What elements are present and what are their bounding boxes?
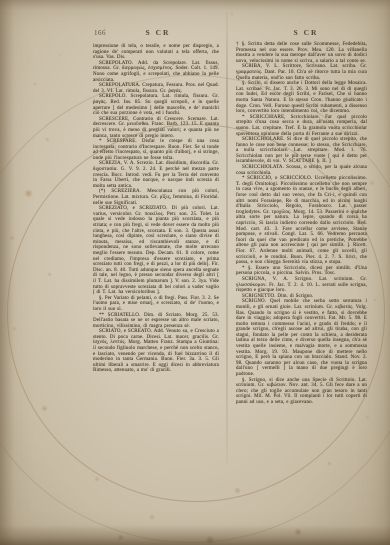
dictionary-entry: §. Scribi, si dissero anche i Dottori de… bbox=[236, 81, 367, 115]
dictionary-entry: (*) SCREZIERA. Mescolanza con più colori… bbox=[93, 189, 219, 206]
foxing-stain bbox=[47, 272, 52, 277]
dictionary-entry: * SCRICCIO, o SCRICCIOLO. Uccelletto pic… bbox=[236, 176, 367, 266]
dictionary-entry: * SCRESPARE. Disfar le crespe di una cos… bbox=[93, 139, 219, 161]
dictionary-entry: SCREPOLO. Screpolatura. Lat. rimula, fis… bbox=[93, 94, 219, 116]
dictionary-entry: SCREPOLATURA. Crepatura, Fessura. Pros. … bbox=[93, 83, 219, 94]
dictionary-entry: §. Scrigno, si dice anche una Specie di … bbox=[236, 378, 367, 406]
foxing-stain bbox=[24, 189, 33, 198]
foxing-stain bbox=[45, 137, 50, 142]
foxing-stain bbox=[327, 461, 332, 466]
dictionary-entry: impressione di tela, o tessile, e nome p… bbox=[93, 44, 219, 61]
dictionary-entry: SCRESCERE, Contrario di Crescere. Scemar… bbox=[93, 117, 219, 139]
foxing-stain bbox=[373, 298, 377, 302]
foxing-stain bbox=[33, 82, 37, 86]
foxing-stain bbox=[299, 21, 302, 24]
foxing-stain bbox=[41, 405, 48, 412]
dictionary-entry: † §. Scritta detta delle cose sulle Scom… bbox=[236, 42, 367, 64]
dictionary-entry: SCRIGNO. Quel mobile che serba sotto ser… bbox=[236, 299, 367, 377]
fold-crease bbox=[226, 12, 228, 464]
foxing-stain bbox=[365, 415, 370, 420]
dictionary-entry: * §. Essere uno Scricciolo, dicesi per s… bbox=[236, 266, 367, 277]
dictionary-entry: SCRIATO, e SCREATO. Add. Venuto su, e Cr… bbox=[93, 329, 219, 374]
page-left-edge-shadow bbox=[0, 0, 14, 545]
dictionary-entry: SCRICCHIOLARE. Si dice di quel piccolo s… bbox=[236, 137, 367, 165]
dictionary-entry: SCRICCHIOLATA. Scossa, o strido, per la … bbox=[236, 165, 367, 176]
foxing-stain bbox=[94, 476, 100, 482]
running-head-right: S CR bbox=[276, 28, 336, 37]
dictionary-entry: SCRIGNA, V. A. Scrigno. Lat. scrinium. G… bbox=[236, 277, 367, 294]
scanned-dictionary-page: 166 S CR S CR impressione di tela, o tes… bbox=[0, 0, 390, 545]
dictionary-entry: SCRIBA, V. L. Scrittore, Scrivano. Lat. … bbox=[236, 64, 367, 81]
dictionary-entry: ** SCRIATELLO. Dim. di Scriato. Morg. 25… bbox=[93, 313, 219, 330]
text-column-right: † §. Scritta detta delle cose sulle Scom… bbox=[236, 42, 367, 406]
page-top-edge-shadow bbox=[0, 0, 390, 10]
dictionary-entry: §. Per Variato di pelami, o di fregi. Pa… bbox=[93, 296, 219, 313]
text-column-left: impressione di tela, o tessile, e nome p… bbox=[93, 44, 219, 374]
dictionary-entry: SCREZIATO, e SCRIZIATO. Di più colori. L… bbox=[93, 206, 219, 296]
dictionary-entry: SCREZIA, V. A. Screzio. Lat. dissidium, … bbox=[93, 161, 219, 189]
foxing-stain bbox=[234, 487, 241, 494]
foxing-stain bbox=[230, 12, 234, 16]
page-number: 166 bbox=[94, 29, 106, 37]
foxing-stain bbox=[149, 514, 155, 520]
foxing-stain bbox=[369, 180, 375, 186]
foxing-stain bbox=[59, 54, 62, 57]
dictionary-entry: SCREPOLATO. Add. da Screpolare. Lat. fis… bbox=[93, 61, 219, 83]
page-bottom-edge-shadow bbox=[0, 525, 390, 545]
dictionary-entry: * SCRICCHIARE, Scricchiolare. Far quel p… bbox=[236, 115, 367, 137]
running-head-left: S CR bbox=[128, 28, 188, 37]
